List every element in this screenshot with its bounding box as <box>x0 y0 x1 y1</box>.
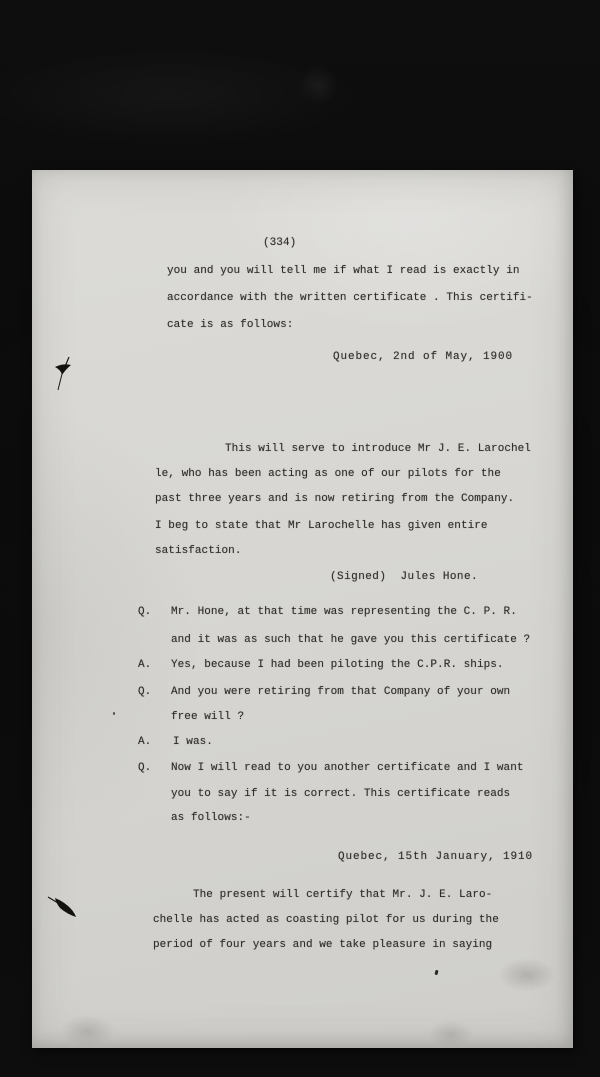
qa-line: Now I will read to you another certifica… <box>171 761 524 775</box>
qa-label: A. <box>138 735 151 749</box>
certificate-line: This will serve to introduce Mr J. E. La… <box>225 442 531 456</box>
qa-line: And you were retiring from that Company … <box>171 685 510 699</box>
qa-label: A. <box>138 658 151 672</box>
paper-stain <box>60 1015 115 1047</box>
qa-line: Yes, because I had been piloting the C.P… <box>171 658 504 672</box>
page-number: (334) <box>263 236 296 250</box>
certificate-line: satisfaction. <box>155 544 241 558</box>
ink-dot <box>435 970 439 976</box>
ink-mark-icon <box>54 356 74 392</box>
qa-line: free will ? <box>171 710 244 724</box>
certificate-line: I beg to state that Mr Larochelle has gi… <box>155 519 488 533</box>
certificate-line: The present will certify that Mr. J. E. … <box>193 888 492 902</box>
qa-label: Q. <box>138 605 151 619</box>
qa-label: Q. <box>138 761 151 775</box>
certificate-line: le, who has been acting as one of our pi… <box>155 467 501 481</box>
qa-label: Q. <box>138 685 151 699</box>
document-page: (334) you and you will tell me if what I… <box>32 170 573 1048</box>
certificate-line: period of four years and we take pleasur… <box>153 938 492 952</box>
qa-line: and it was as such that he gave you this… <box>171 633 530 647</box>
intro-line: you and you will tell me if what I read … <box>167 264 520 278</box>
paper-stain <box>498 958 556 992</box>
paper-stain <box>428 1020 474 1048</box>
ink-speck <box>113 712 115 715</box>
qa-line: I was. <box>173 735 213 749</box>
certificate-line: past three years and is now retiring fro… <box>155 492 514 506</box>
signature-line: (Signed) Jules Hone. <box>330 570 478 584</box>
qa-line: Mr. Hone, at that time was representing … <box>171 605 517 619</box>
certificate-dateline: Quebec, 15th January, 1910 <box>338 850 533 864</box>
scanned-photograph: (334) you and you will tell me if what I… <box>0 0 600 1077</box>
intro-line: accordance with the written certificate … <box>167 291 533 305</box>
qa-line: you to say if it is correct. This certif… <box>171 787 510 801</box>
certificate-line: chelle has acted as coasting pilot for u… <box>153 913 499 927</box>
intro-line: cate is as follows: <box>167 318 293 332</box>
certificate-dateline: Quebec, 2nd of May, 1900 <box>333 350 513 364</box>
ink-mark-icon <box>46 890 78 920</box>
qa-line: as follows:- <box>171 811 251 825</box>
